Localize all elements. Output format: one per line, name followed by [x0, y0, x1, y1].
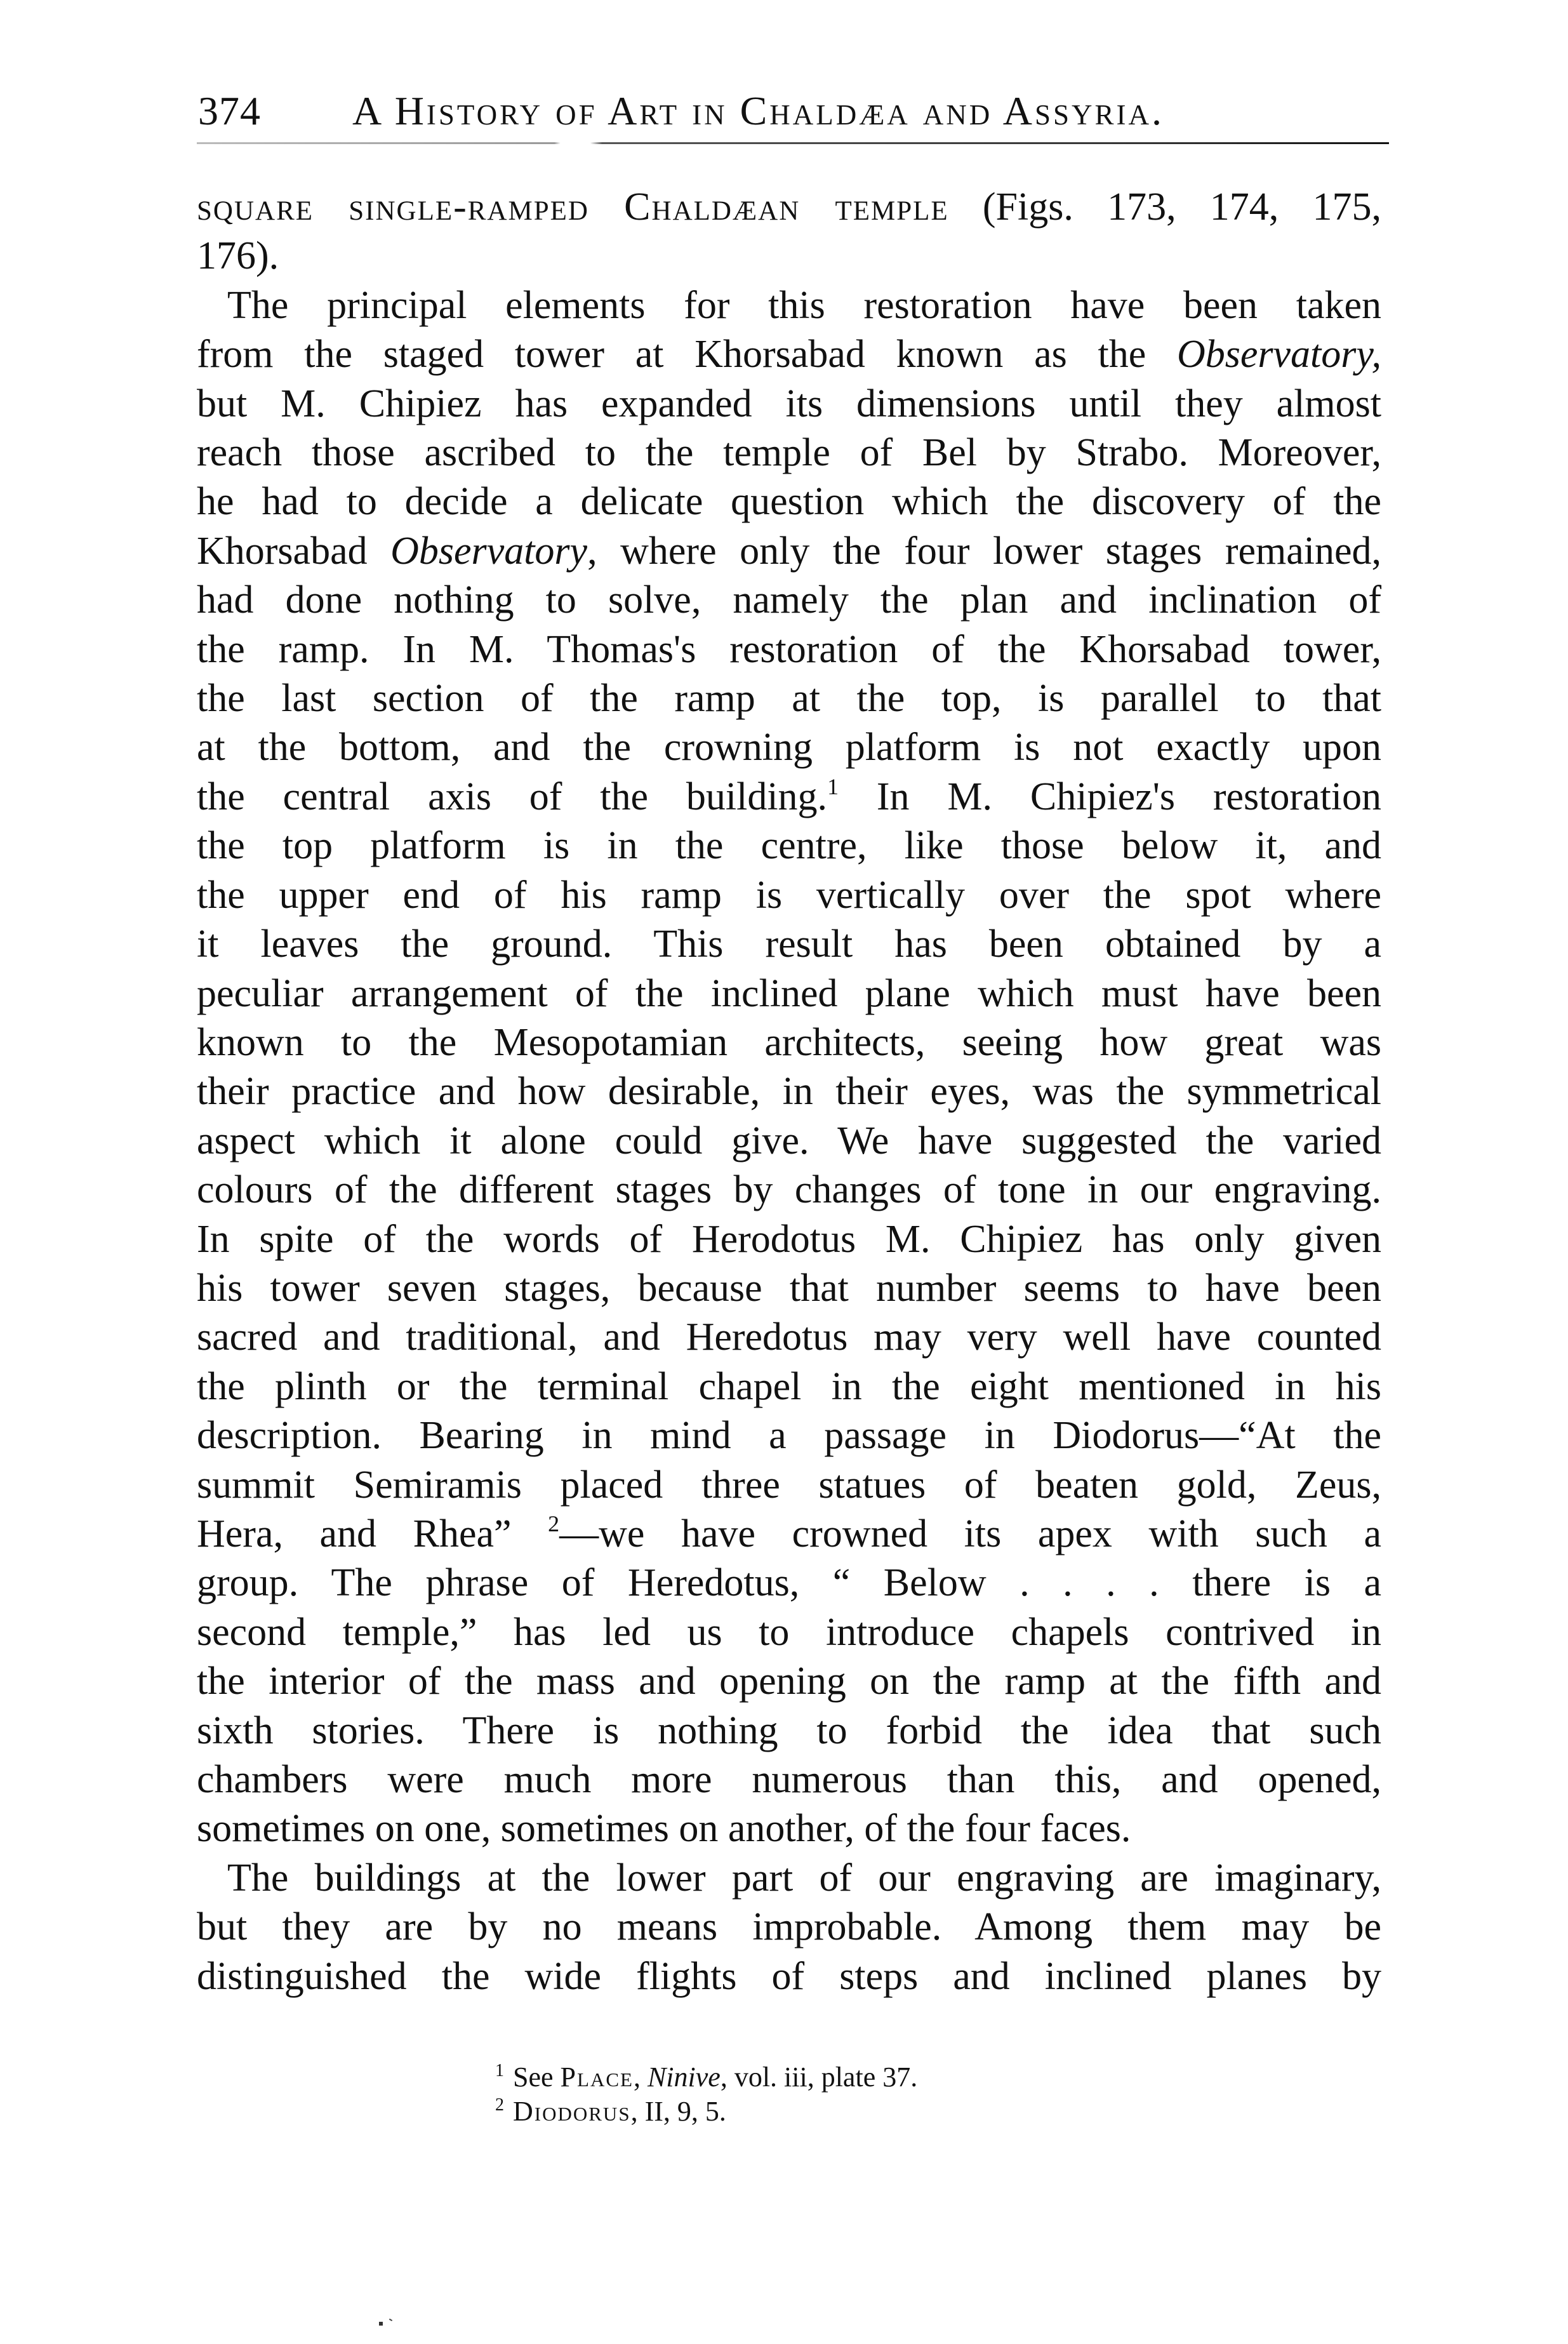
text-line: square single-ramped Chaldæan temple (Fi…	[197, 183, 1381, 232]
text-run: he had to decide a delicate question whi…	[197, 480, 1381, 523]
text-line: the interior of the mass and opening on …	[197, 1657, 1381, 1706]
text-line: The buildings at the lower part of our e…	[197, 1854, 1381, 1903]
text-line: chambers were much more numerous than th…	[197, 1755, 1381, 1804]
text-run: description. Bearing in mind a passage i…	[197, 1414, 1381, 1457]
text-run: from the staged tower at Khorsabad known…	[197, 333, 1177, 376]
text-line: The principal elements for this restorat…	[197, 281, 1381, 330]
text-run: the plinth or the terminal chapel in the…	[197, 1365, 1381, 1408]
page-number: 374	[198, 89, 261, 133]
text-run: but they are by no means improbable. Amo…	[197, 1905, 1381, 1948]
text-run: aspect which it alone could give. We hav…	[197, 1119, 1381, 1162]
footnote-reference: 1	[827, 774, 839, 799]
text-run: ,	[634, 2061, 648, 2093]
text-run: known to the Mesopotamian architects, se…	[197, 1021, 1381, 1064]
scan-speck	[379, 2322, 383, 2326]
text-run: it leaves the ground. This result has be…	[197, 922, 1381, 966]
text-run: distinguished the wide flights of steps …	[197, 1955, 1381, 1998]
text-line: group. The phrase of Heredotus, “ Below …	[197, 1559, 1381, 1608]
text-line: the plinth or the terminal chapel in the…	[197, 1362, 1381, 1411]
text-line: Khorsabad Observatory, where only the fo…	[197, 527, 1381, 576]
text-run: , II, 9, 5.	[631, 2096, 726, 2127]
header-rule	[197, 142, 1389, 144]
paragraph: The buildings at the lower part of our e…	[197, 1854, 1381, 2001]
text-run: See	[513, 2061, 561, 2093]
text-run: , vol. iii, plate 37.	[721, 2061, 917, 2093]
running-head: 374 A History of Art in Chaldæa and Assy…	[198, 89, 1388, 133]
text-line: but they are by no means improbable. Amo…	[197, 1903, 1381, 1952]
text-line: aspect which it alone could give. We hav…	[197, 1117, 1381, 1166]
text-line: their practice and how desirable, in the…	[197, 1067, 1381, 1116]
text-line: distinguished the wide flights of steps …	[197, 1952, 1381, 2001]
text-line: 176).	[197, 232, 1381, 281]
text-run: In spite of the words of Herodotus M. Ch…	[197, 1218, 1381, 1261]
text-line: sixth stories. There is nothing to forbi…	[197, 1707, 1381, 1755]
text-line: the ramp. In M. Thomas's restoration of …	[197, 625, 1381, 674]
text-run: Chaldæan	[624, 185, 835, 229]
body-text: square single-ramped Chaldæan temple (Fi…	[197, 183, 1381, 2001]
text-line: the last section of the ramp at the top,…	[197, 674, 1381, 723]
text-line: but M. Chipiez has expanded its dimensio…	[197, 380, 1381, 429]
text-line: his tower seven stages, because that num…	[197, 1264, 1381, 1313]
text-run: temple	[835, 185, 948, 229]
text-run: but M. Chipiez has expanded its dimensio…	[197, 382, 1381, 425]
text-line: at the bottom, and the crowning platform…	[197, 723, 1381, 772]
text-line: In spite of the words of Herodotus M. Ch…	[197, 1215, 1381, 1264]
text-line: from the staged tower at Khorsabad known…	[197, 330, 1381, 379]
text-run: his tower seven stages, because that num…	[197, 1267, 1381, 1310]
text-run: the top platform is in the centre, like …	[197, 824, 1381, 867]
text-line: had done nothing to solve, namely the pl…	[197, 576, 1381, 625]
text-run: the last section of the ramp at the top,…	[197, 677, 1381, 720]
scan-speck	[389, 2319, 392, 2321]
footnote-mark: 2	[495, 2095, 504, 2115]
text-run: square single-ramped	[197, 185, 624, 229]
text-line: sometimes on one, sometimes on another, …	[197, 1804, 1381, 1853]
footnote: 1See Place, Ninive, vol. iii, plate 37.	[495, 2060, 1257, 2094]
text-run: Ninive	[648, 2061, 721, 2093]
text-line: summit Semiramis placed three statues of…	[197, 1461, 1381, 1510]
footnote-mark: 1	[495, 2061, 504, 2081]
text-run: (Figs. 173, 174, 175,	[949, 185, 1381, 229]
text-line: colours of the different stages by chang…	[197, 1166, 1381, 1215]
text-run: Diodorus	[513, 2096, 631, 2127]
text-line: it leaves the ground. This result has be…	[197, 920, 1381, 969]
text-run: 176).	[197, 234, 279, 277]
text-run: peculiar arrangement of the inclined pla…	[197, 972, 1381, 1015]
text-line: Hera, and Rhea” 2—we have crowned its ap…	[197, 1510, 1381, 1559]
footnote: 2Diodorus, II, 9, 5.	[495, 2094, 1257, 2129]
text-run: chambers were much more numerous than th…	[197, 1758, 1381, 1801]
footnote-reference: 2	[548, 1511, 559, 1536]
text-run: sixth stories. There is nothing to forbi…	[197, 1709, 1381, 1752]
text-run: reach those ascribed to the temple of Be…	[197, 431, 1381, 474]
text-line: second temple,” has led us to introduce …	[197, 1608, 1381, 1657]
text-run: their practice and how desirable, in the…	[197, 1070, 1381, 1113]
text-run: had done nothing to solve, namely the pl…	[197, 578, 1381, 622]
text-run: group. The phrase of Heredotus, “ Below …	[197, 1561, 1381, 1604]
text-line: peculiar arrangement of the inclined pla…	[197, 969, 1381, 1018]
paragraph: The principal elements for this restorat…	[197, 281, 1381, 1854]
text-run: at the bottom, and the crowning platform…	[197, 726, 1381, 769]
text-run: , where only the four lower stages remai…	[587, 529, 1381, 573]
text-line: known to the Mesopotamian architects, se…	[197, 1018, 1381, 1067]
paragraph: square single-ramped Chaldæan temple (Fi…	[197, 183, 1381, 281]
text-run: Observatory	[390, 529, 587, 573]
text-line: the upper end of his ramp is vertically …	[197, 871, 1381, 920]
text-run: second temple,” has led us to introduce …	[197, 1611, 1381, 1654]
text-run: In M. Chipiez's restoration	[839, 775, 1381, 818]
text-line: reach those ascribed to the temple of Be…	[197, 429, 1381, 477]
text-run: The principal elements for this restorat…	[227, 284, 1381, 327]
text-run: Khorsabad	[197, 529, 390, 573]
text-run: the central axis of the building.	[197, 775, 827, 818]
book-page: 374 A History of Art in Chaldæa and Assy…	[0, 0, 1568, 2344]
text-line: he had to decide a delicate question whi…	[197, 477, 1381, 526]
text-run: the ramp. In M. Thomas's restoration of …	[197, 628, 1381, 671]
text-line: the top platform is in the centre, like …	[197, 822, 1381, 870]
text-run: The buildings at the lower part of our e…	[227, 1856, 1381, 1900]
text-line: the central axis of the building.1 In M.…	[197, 773, 1381, 822]
text-run: summit Semiramis placed three statues of…	[197, 1463, 1381, 1507]
text-run: colours of the different stages by chang…	[197, 1168, 1381, 1211]
text-run: sacred and traditional, and Heredotus ma…	[197, 1315, 1381, 1359]
text-run: Place	[561, 2061, 634, 2093]
text-line: sacred and traditional, and Heredotus ma…	[197, 1313, 1381, 1362]
text-run: sometimes on one, sometimes on another, …	[197, 1807, 1131, 1850]
text-run: the upper end of his ramp is vertically …	[197, 874, 1381, 917]
footnotes: 1See Place, Ninive, vol. iii, plate 37.2…	[495, 2060, 1257, 2129]
text-run: Observatory,	[1177, 333, 1381, 376]
text-run: Hera, and Rhea”	[197, 1512, 548, 1555]
text-run: the interior of the mass and opening on …	[197, 1660, 1381, 1703]
text-line: description. Bearing in mind a passage i…	[197, 1411, 1381, 1460]
text-run: —we have crowned its apex with such a	[559, 1512, 1381, 1555]
running-head-title: A History of Art in Chaldæa and Assyria.	[352, 89, 1164, 133]
